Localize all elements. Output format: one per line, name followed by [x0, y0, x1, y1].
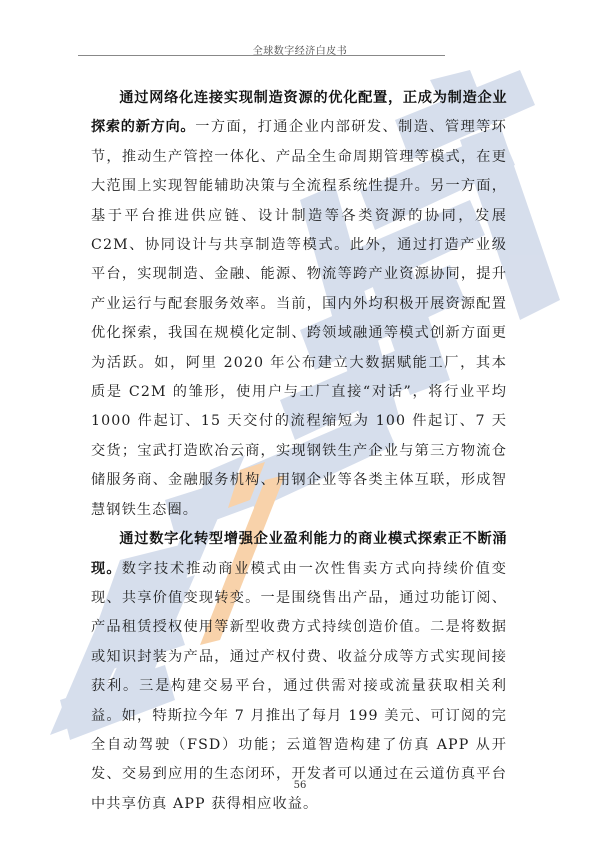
paragraph-body: 数字技术推动商业模式由一次性售卖方式向持续价值变现、共享价值变现转变。一是围绕售…	[91, 561, 507, 812]
header-divider	[78, 55, 445, 56]
body-text: 通过网络化连接实现制造资源的优化配置，正成为制造企业探索的新方向。一方面，打通企…	[91, 84, 507, 819]
paragraph-resource-allocation: 通过网络化连接实现制造资源的优化配置，正成为制造企业探索的新方向。一方面，打通企…	[91, 84, 507, 525]
document-page: 全球数字经济白皮书 通过网络化连接实现制造资源的优化配置，正成为制造企业探索的新…	[0, 0, 600, 848]
paragraph-business-models: 通过数字化转型增强企业盈利能力的商业模式探索正不断涌现。数字技术推动商业模式由一…	[91, 525, 507, 819]
page-number: 56	[0, 780, 600, 791]
paragraph-body: 一方面，打通企业内部研发、制造、管理等环节，推动生产管控一体化、产品全生命周期管…	[91, 119, 507, 517]
